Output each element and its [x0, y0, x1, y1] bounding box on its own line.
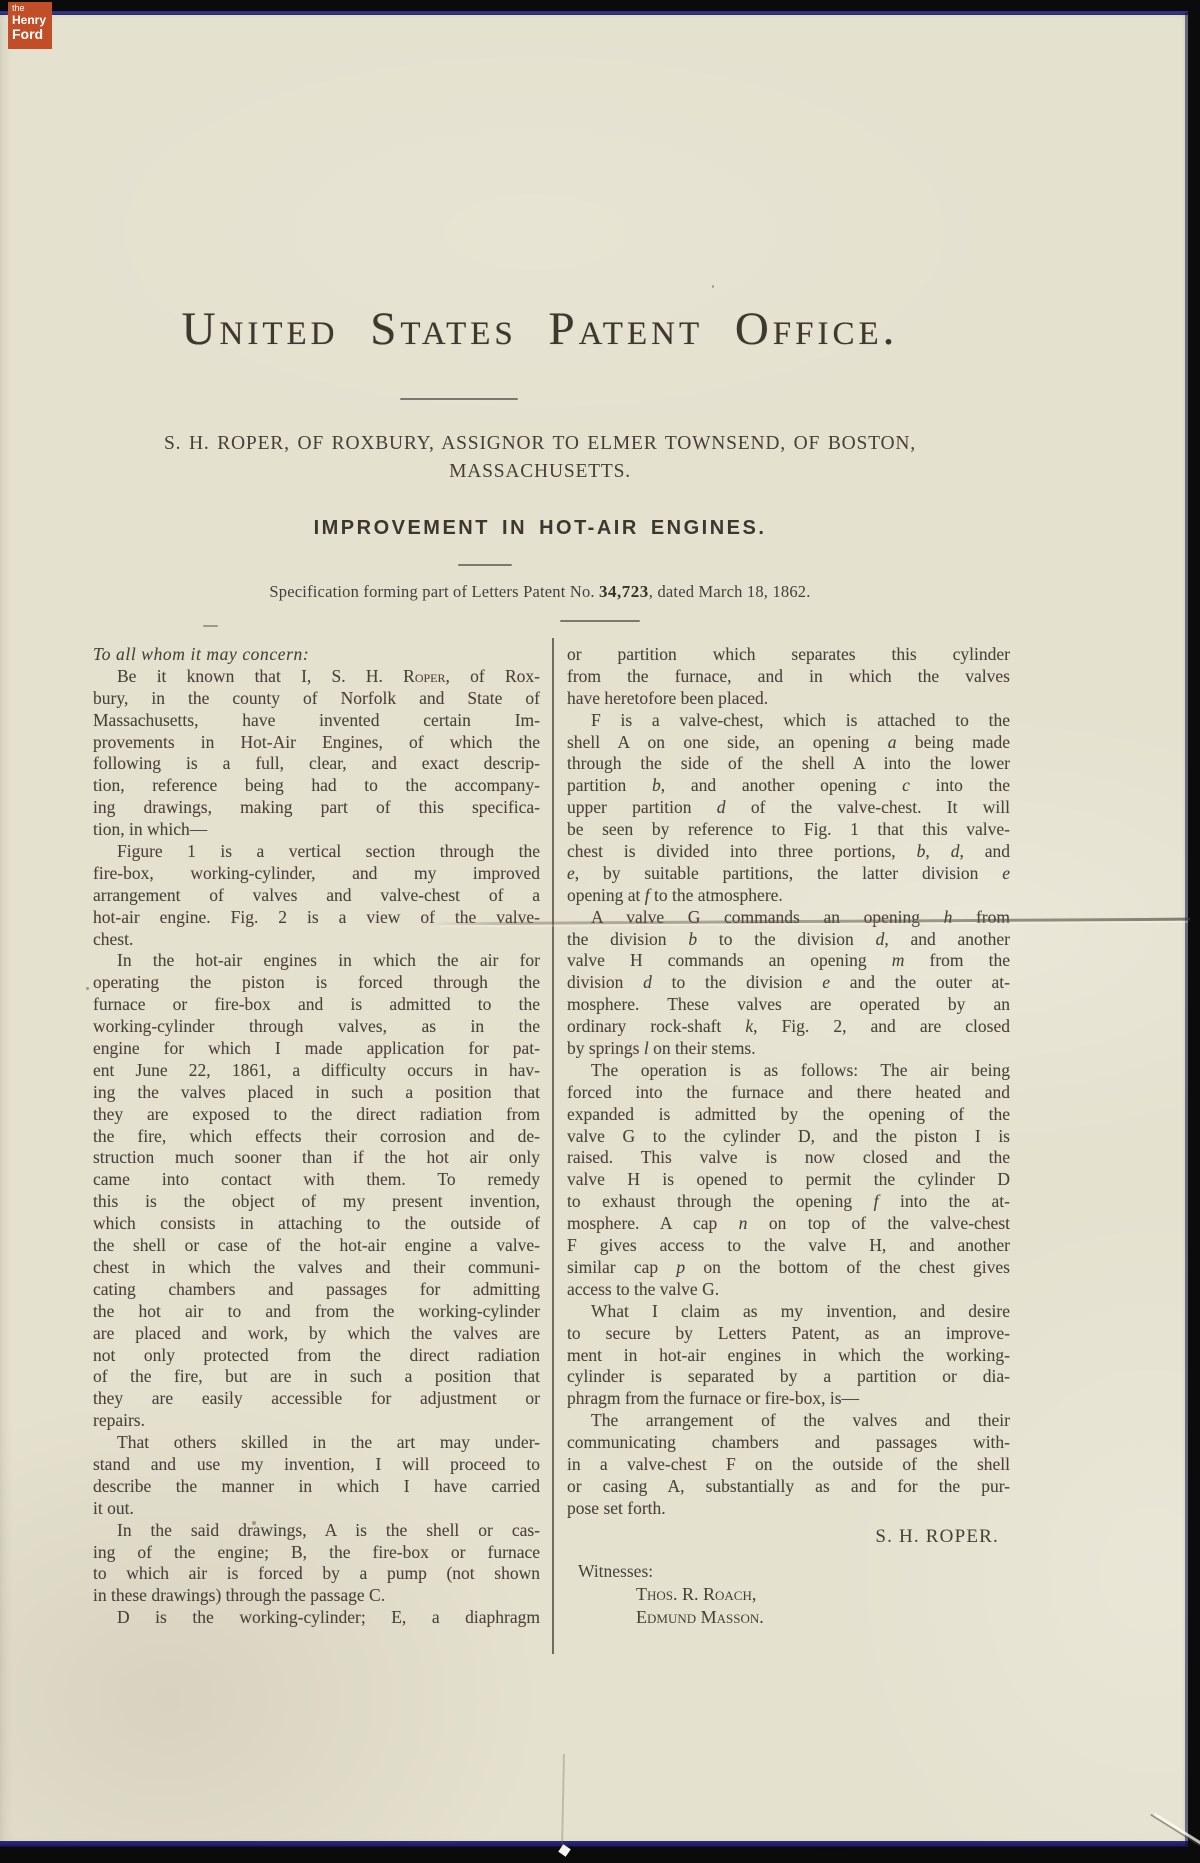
text-line: operating the piston is forced through t… — [93, 972, 540, 994]
text-line: are placed and work, by which the valves… — [93, 1323, 540, 1345]
specification-suffix: , dated March 18, 1862. — [649, 582, 811, 601]
text-line: partition b, and another opening c into … — [567, 775, 1010, 797]
patentee-line-1: S. H. ROPER, OF ROXBURY, ASSIGNOR TO ELM… — [70, 433, 1010, 455]
text-line: communicating chambers and passages with… — [567, 1432, 1010, 1454]
text-line: from the furnace, and in which the valve… — [567, 666, 1010, 688]
text-line: similar cap p on the bottom of the chest… — [567, 1257, 1010, 1279]
left-column: To all whom it may concern:Be it known t… — [93, 644, 540, 1629]
text-line: fire-box, working-cylinder, and my impro… — [93, 863, 540, 885]
text-line: it out. — [93, 1498, 540, 1520]
text-line: What I claim as my invention, and desire — [567, 1301, 1010, 1323]
text-line: to exhaust through the opening f into th… — [567, 1191, 1010, 1213]
text-line: bury, in the county of Norfolk and State… — [93, 688, 540, 710]
text-line: ing the valves placed in such a position… — [93, 1082, 540, 1104]
text-line: chest. — [93, 929, 540, 951]
text-line: raised. This valve is now closed and the — [567, 1147, 1010, 1169]
text-line: chest in which the valves and their comm… — [93, 1257, 540, 1279]
scan-speck — [712, 285, 714, 288]
divider-rule — [458, 564, 512, 566]
text-line: be seen by reference to Fig. 1 that this… — [567, 819, 1010, 841]
patent-number: 34,723 — [599, 582, 649, 601]
text-line: valve G to the cylinder D, and the pisto… — [567, 1126, 1010, 1148]
text-line: repairs. — [93, 1410, 540, 1432]
text-line: pose set forth. — [567, 1498, 1010, 1520]
text-line: Figure 1 is a vertical section through t… — [93, 841, 540, 863]
logo-text-ford: Ford — [12, 27, 52, 41]
text-line: ing drawings, making part of this specif… — [93, 797, 540, 819]
text-line: cating chambers and passages for admitti… — [93, 1279, 540, 1301]
specification-line: Specification forming part of Letters Pa… — [70, 582, 1010, 602]
text-line: furnace or fire-box and is admitted to t… — [93, 994, 540, 1016]
text-line: provements in Hot-Air Engines, of which … — [93, 732, 540, 754]
text-line: Be it known that I, S. H. Roper, of Rox- — [93, 666, 540, 688]
text-line: not only protected from the direct radia… — [93, 1345, 540, 1367]
text-line: in these drawings) through the passage C… — [93, 1585, 540, 1607]
text-line: by springs l on their stems. — [567, 1038, 1010, 1060]
right-column: or partition which separates this cylind… — [567, 644, 1010, 1520]
text-line: to which air is forced by a pump (not sh… — [93, 1563, 540, 1585]
text-line: forced into the furnace and there heated… — [567, 1082, 1010, 1104]
text-line: To all whom it may concern: — [93, 644, 540, 666]
text-line: upper partition d of the valve-chest. It… — [567, 797, 1010, 819]
text-line: e, by suitable partitions, the latter di… — [567, 863, 1010, 885]
text-line: the fire, which effects their corrosion … — [93, 1126, 540, 1148]
paper-fold-line — [561, 1754, 565, 1850]
invention-title: IMPROVEMENT IN HOT-AIR ENGINES. — [70, 517, 1010, 540]
scanned-document: United States Patent Office. S. H. ROPER… — [0, 0, 1200, 1863]
patent-page: United States Patent Office. S. H. ROPER… — [0, 12, 1188, 1846]
text-line: of the fire, but are in such a position … — [93, 1366, 540, 1388]
text-line: In the hot-air engines in which the air … — [93, 950, 540, 972]
scan-speck — [252, 1521, 256, 1525]
scan-speck — [86, 987, 89, 990]
text-line: working-cylinder through valves, as in t… — [93, 1016, 540, 1038]
henry-ford-logo: the Henry Ford — [8, 2, 52, 49]
text-line: shell A on one side, an opening a being … — [567, 732, 1010, 754]
text-line: or casing A, substantially as and for th… — [567, 1476, 1010, 1498]
text-line: ent June 22, 1861, a difficulty occurs i… — [93, 1060, 540, 1082]
paper-top-edge — [0, 11, 1188, 15]
paper-right-edge — [1185, 12, 1188, 1846]
text-line: describe the manner in which I have carr… — [93, 1476, 540, 1498]
text-line: came into contact with them. To remedy — [93, 1169, 540, 1191]
page-title: United States Patent Office. — [70, 302, 1010, 356]
text-line: this is the object of my present inventi… — [93, 1191, 540, 1213]
text-line: F is a valve-chest, which is attached to… — [567, 710, 1010, 732]
signature: S. H. ROPER. — [567, 1526, 1003, 1548]
text-line: the division b to the division d, and an… — [567, 929, 1010, 951]
text-line: through the side of the shell A into the… — [567, 753, 1010, 775]
text-line: chest is divided into three portions, b,… — [567, 841, 1010, 863]
text-line: The arrangement of the valves and their — [567, 1410, 1010, 1432]
text-line: That others skilled in the art may under… — [93, 1432, 540, 1454]
text-line: cylinder is separated by a partition or … — [567, 1366, 1010, 1388]
witnesses-label: Witnesses: — [578, 1561, 653, 1582]
scan-speck — [203, 625, 218, 627]
text-line: ment in hot-air engines in which the wor… — [567, 1345, 1010, 1367]
text-line: opening at f to the atmosphere. — [567, 885, 1010, 907]
text-line: arrangement of valves and valve-chest of… — [93, 885, 540, 907]
text-line: phragm from the furnace or fire-box, is— — [567, 1388, 1010, 1410]
text-line: the hot air to and from the working-cyli… — [93, 1301, 540, 1323]
text-line: mosphere. These valves are operated by a… — [567, 994, 1010, 1016]
text-line: engine for which I made application for … — [93, 1038, 540, 1060]
text-line: D is the working-cylinder; E, a diaphrag… — [93, 1607, 540, 1629]
text-line: to secure by Letters Patent, as an impro… — [567, 1323, 1010, 1345]
text-line: or partition which separates this cylind… — [567, 644, 1010, 666]
text-line: the shell or case of the hot-air engine … — [93, 1235, 540, 1257]
text-line: have heretofore been placed. — [567, 688, 1010, 710]
text-line: in a valve-chest F on the outside of the… — [567, 1454, 1010, 1476]
bottom-edge-notch — [810, 1852, 848, 1859]
text-line: ing of the engine; B, the fire-box or fu… — [93, 1542, 540, 1564]
text-line: which consists in attaching to the outsi… — [93, 1213, 540, 1235]
text-line: struction much sooner than if the hot ai… — [93, 1147, 540, 1169]
text-line: valve H is opened to permit the cylinder… — [567, 1169, 1010, 1191]
logo-text-henry: Henry — [12, 14, 52, 26]
text-line: The operation is as follows: The air bei… — [567, 1060, 1010, 1082]
text-line: F gives access to the valve H, and anoth… — [567, 1235, 1010, 1257]
paper-bottom-edge — [0, 1841, 1188, 1847]
text-line: Massachusetts, have invented certain Im- — [93, 710, 540, 732]
text-line: division d to the division e and the out… — [567, 972, 1010, 994]
specification-prefix: Specification forming part of Letters Pa… — [269, 582, 599, 601]
logo-text-the: the — [12, 4, 52, 13]
text-line: In the said drawings, A is the shell or … — [93, 1520, 540, 1542]
text-line: they are exposed to the direct radiation… — [93, 1104, 540, 1126]
column-divider — [552, 638, 554, 1654]
divider-rule — [400, 398, 518, 400]
patentee-line-2: MASSACHUSETTS. — [70, 461, 1010, 483]
text-line: they are easily accessible for adjustmen… — [93, 1388, 540, 1410]
text-line: stand and use my invention, I will proce… — [93, 1454, 540, 1476]
witness-name: Thos. R. Roach, — [636, 1584, 756, 1605]
text-line: ordinary rock-shaft k, Fig. 2, and are c… — [567, 1016, 1010, 1038]
text-line: expanded is admitted by the opening of t… — [567, 1104, 1010, 1126]
text-line: mosphere. A cap n on top of the valve-ch… — [567, 1213, 1010, 1235]
text-line: valve H commands an opening m from the — [567, 950, 1010, 972]
text-line: tion, reference being had to the accompa… — [93, 775, 540, 797]
text-line: following is a full, clear, and exact de… — [93, 753, 540, 775]
text-line: access to the valve G. — [567, 1279, 1010, 1301]
divider-rule — [560, 620, 640, 622]
text-line: tion, in which— — [93, 819, 540, 841]
witness-name: Edmund Masson. — [636, 1607, 764, 1628]
